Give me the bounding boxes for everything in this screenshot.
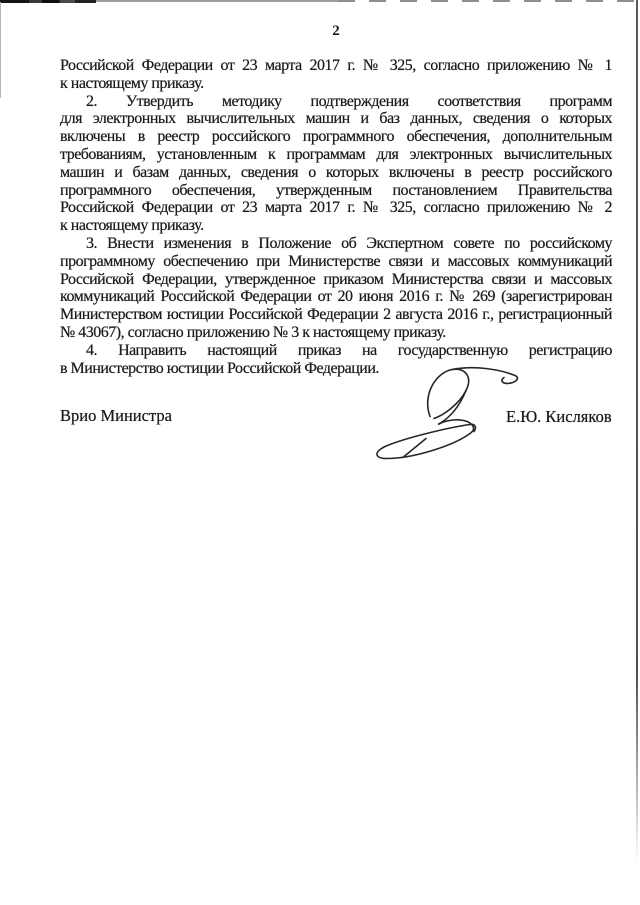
text-line: Российской Федерации, утвержденное прика…: [60, 271, 612, 289]
scan-edge-top-dark-segment: [0, 0, 96, 3]
text-line: Российской Федерации от 23 марта 2017 г.…: [60, 57, 612, 75]
text-line: для электронных вычислительных машин и б…: [60, 110, 612, 128]
text-line: к настоящему приказу.: [60, 217, 612, 235]
text-line: к настоящему приказу.: [60, 75, 612, 93]
text-line: требованиям, установленным к программам …: [60, 146, 612, 164]
text-line: 4. Направить настоящий приказ на государ…: [60, 342, 612, 360]
signer-title: Врио Министра: [60, 406, 172, 426]
signature-autograph: [370, 366, 520, 462]
paragraph-continuation: Российской Федерации от 23 марта 2017 г.…: [60, 57, 612, 93]
scan-edge-top-dashes: [338, 0, 636, 2]
paragraph-item-4: 4. Направить настоящий приказ на государ…: [60, 342, 612, 378]
text-line: 2. Утвердить методику подтверждения соот…: [60, 93, 612, 111]
text-line: включены в реестр российского программно…: [60, 128, 612, 146]
scan-noise-speckle: [0, 0, 1, 1]
text-line: машин и базам данных, сведения о которых…: [60, 164, 612, 182]
paragraph-item-3: 3. Внести изменения в Положение об Экспе…: [60, 235, 612, 342]
document-body: Российской Федерации от 23 марта 2017 г.…: [60, 57, 612, 377]
text-line: коммуникаций Российской Федерации от 20 …: [60, 288, 612, 306]
text-line: Министерством юстиции Российской Федерац…: [60, 306, 612, 324]
signer-name: Е.Ю. Кисляков: [506, 407, 612, 427]
scan-edge-left-line: [0, 2, 1, 98]
page-number: 2: [60, 23, 612, 40]
scan-edge-right-line: [636, 0, 638, 864]
scanned-document-page: 2 Российской Федерации от 23 марта 2017 …: [0, 0, 640, 905]
text-line: 3. Внести изменения в Положение об Экспе…: [60, 235, 612, 253]
text-line: Российской Федерации от 23 марта 2017 г.…: [60, 199, 612, 217]
text-line: № 43067), согласно приложению № 3 к наст…: [60, 324, 612, 342]
text-line: программному обеспечению при Министерств…: [60, 253, 612, 271]
paragraph-item-2: 2. Утвердить методику подтверждения соот…: [60, 93, 612, 235]
text-line: в Министерство юстиции Российской Федера…: [60, 360, 612, 378]
scan-edge-top-line: [96, 0, 338, 2]
text-line: программного обеспечения, утвержденным п…: [60, 182, 612, 200]
